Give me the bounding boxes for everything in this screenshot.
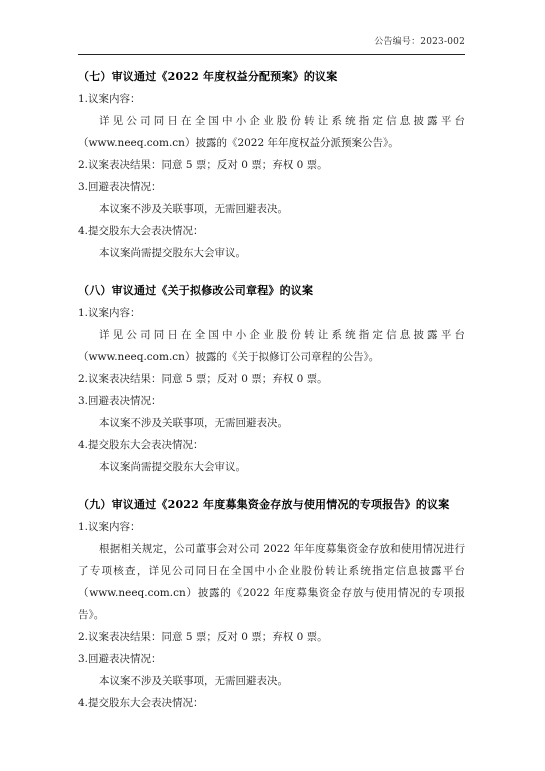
paragraph: 3.回避表决情况： bbox=[78, 390, 465, 412]
paragraph: 本议案不涉及关联事项，无需回避表决。 bbox=[78, 198, 465, 220]
paragraph: 1.议案内容： bbox=[78, 88, 465, 110]
paragraph: 4.提交股东大会表决情况： bbox=[78, 220, 465, 242]
paragraph: 本议案不涉及关联事项，无需回避表决。 bbox=[78, 412, 465, 434]
paragraph: 根据相关规定，公司董事会对公司 2022 年年度募集资金存放和使用情况进行了专项… bbox=[78, 538, 465, 626]
proposal-section: （九）审议通过《2022 年度募集资金存放与使用情况的专项报告》的议案 1.议案… bbox=[78, 494, 465, 714]
proposal-section: （七）审议通过《2022 年度权益分配预案》的议案 1.议案内容：详见公司同日在… bbox=[78, 66, 465, 264]
paragraph: 详见公司同日在全国中小企业股份转让系统指定信息披露平台（www.neeq.com… bbox=[78, 110, 465, 154]
proposal-section: （八）审议通过《关于拟修改公司章程》的议案 1.议案内容：详见公司同日在全国中小… bbox=[78, 280, 465, 478]
header-rule bbox=[78, 54, 465, 55]
document-body: （七）审议通过《2022 年度权益分配预案》的议案 1.议案内容：详见公司同日在… bbox=[78, 66, 465, 714]
paragraph: 2.议案表决结果：同意 5 票；反对 0 票；弃权 0 票。 bbox=[78, 154, 465, 176]
paragraph: 1.议案内容： bbox=[78, 516, 465, 538]
section-heading: （八）审议通过《关于拟修改公司章程》的议案 bbox=[78, 280, 465, 302]
paragraph: 4.提交股东大会表决情况： bbox=[78, 692, 465, 714]
section-heading: （九）审议通过《2022 年度募集资金存放与使用情况的专项报告》的议案 bbox=[78, 494, 465, 516]
paragraph: 3.回避表决情况： bbox=[78, 176, 465, 198]
paragraph: 本议案尚需提交股东大会审议。 bbox=[78, 242, 465, 264]
paragraph: 2.议案表决结果：同意 5 票；反对 0 票；弃权 0 票。 bbox=[78, 368, 465, 390]
announcement-number: 公告编号：2023-002 bbox=[78, 36, 465, 48]
paragraph: 本议案不涉及关联事项，无需回避表决。 bbox=[78, 670, 465, 692]
paragraph: 详见公司同日在全国中小企业股份转让系统指定信息披露平台（www.neeq.com… bbox=[78, 324, 465, 368]
paragraph: 本议案尚需提交股东大会审议。 bbox=[78, 456, 465, 478]
paragraph: 2.议案表决结果：同意 5 票；反对 0 票；弃权 0 票。 bbox=[78, 626, 465, 648]
paragraph: 3.回避表决情况： bbox=[78, 648, 465, 670]
paragraph: 4.提交股东大会表决情况： bbox=[78, 434, 465, 456]
paragraph: 1.议案内容： bbox=[78, 302, 465, 324]
document-page: 公告编号：2023-002 （七）审议通过《2022 年度权益分配预案》的议案 … bbox=[0, 0, 545, 771]
section-heading: （七）审议通过《2022 年度权益分配预案》的议案 bbox=[78, 66, 465, 88]
